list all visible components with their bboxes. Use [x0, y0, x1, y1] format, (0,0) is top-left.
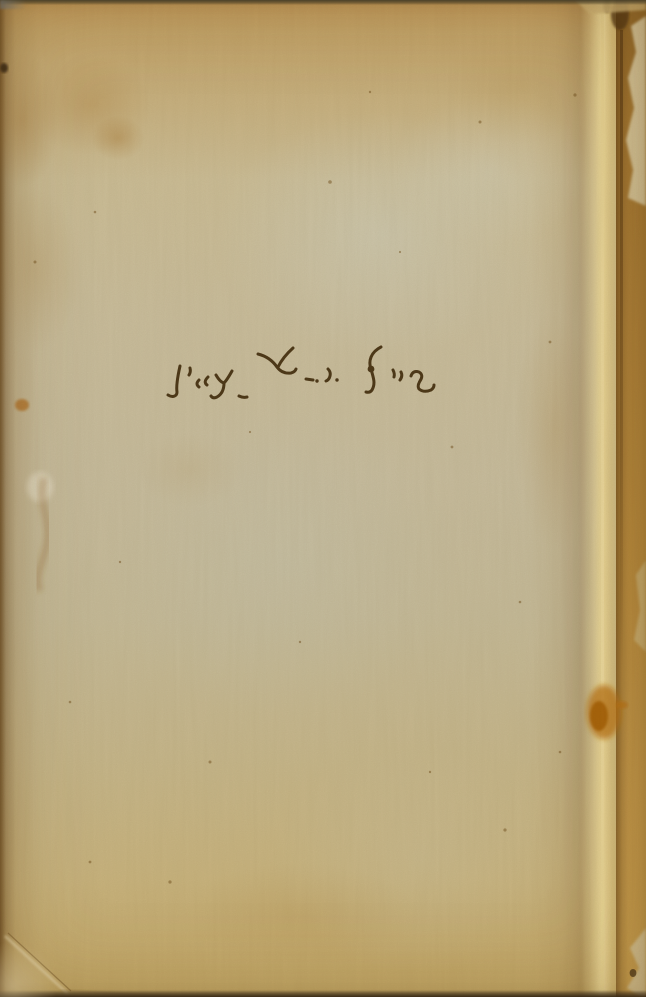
top-edge-strip	[0, 0, 646, 5]
bottom-left-corner-wear	[0, 917, 70, 997]
bottom-edge-strip	[0, 990, 646, 997]
paper-grain	[0, 0, 646, 997]
top-left-gray-corner	[0, 0, 26, 9]
book-cover-photo	[0, 0, 646, 997]
